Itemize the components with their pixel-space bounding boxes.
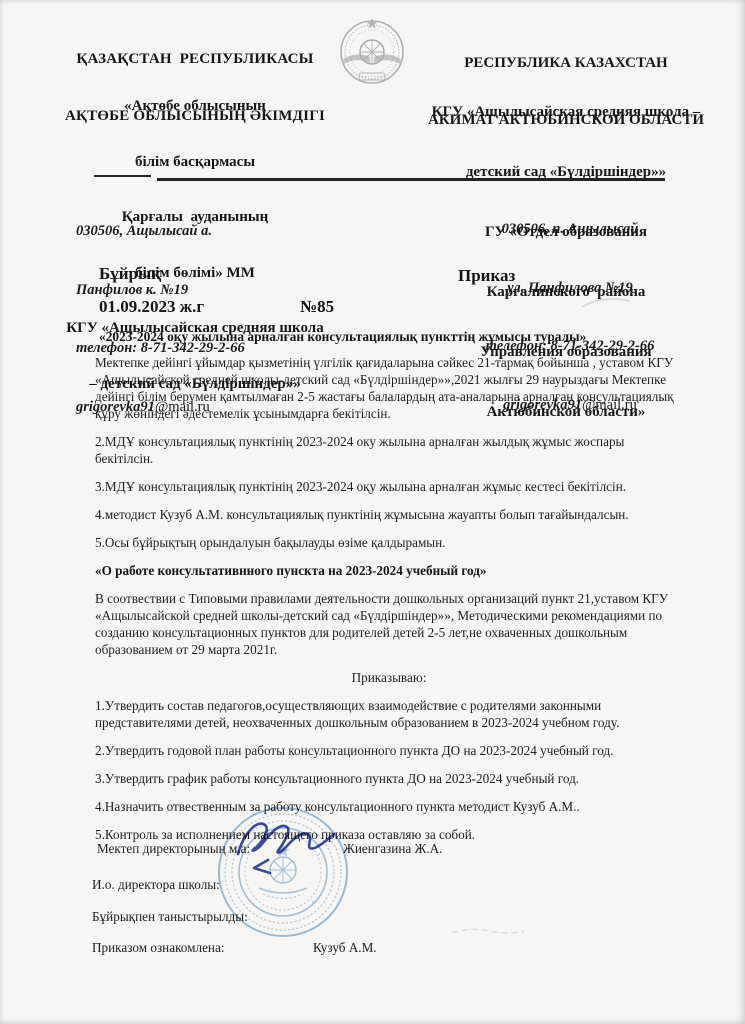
order-subject-kk: «2023-2024 оқу жылына арналған консульта… bbox=[99, 329, 586, 345]
order-item-kk: 4.методист Кузуб А.М. консультациялық пу… bbox=[95, 506, 683, 523]
address-line: 030506, Ащылысай а. bbox=[76, 222, 326, 242]
order-body: Мектепке дейінгі ұйымдар қызметінің үлгі… bbox=[95, 354, 683, 854]
kazakhstan-coat-of-arms-icon bbox=[334, 12, 410, 88]
order-title-ru: Приказ bbox=[458, 266, 515, 286]
acquainted-label-ru: Приказом ознакомлена: bbox=[92, 940, 225, 956]
order-item-kk: 3.МДҰ консультациялық пунктінің 2023-202… bbox=[95, 478, 683, 495]
command-word: Приказываю: bbox=[95, 669, 683, 686]
address-line: 030506, п. Ащылысай bbox=[430, 220, 710, 240]
acting-director-name: Жиенгазина Ж.А. bbox=[343, 841, 442, 857]
handwritten-signature-icon bbox=[232, 812, 344, 878]
org-line: КГУ «Ащылысайская средняя школа – bbox=[418, 102, 714, 122]
order-number: №85 bbox=[300, 297, 334, 317]
acquainted-name: Кузуб А.М. bbox=[313, 940, 377, 956]
org-line: білім басқармасы bbox=[54, 153, 336, 172]
divider-line-short bbox=[94, 175, 151, 177]
order-item-ru: 2.Утвердить годовой план работы консульт… bbox=[95, 742, 683, 759]
order-item-kk: 5.Осы бұйрықтың орындалуын бақылауды өзі… bbox=[95, 534, 683, 551]
order-item-ru: 4.Назначить отвественным за работу консу… bbox=[95, 798, 683, 815]
paragraph-kk: Мектепке дейінгі ұйымдар қызметінің үлгі… bbox=[95, 354, 683, 422]
order-item-ru: 1.Утвердить состав педагогов,осуществляю… bbox=[95, 697, 683, 731]
order-date: 01.09.2023 ж.г bbox=[99, 297, 204, 317]
order-item-kk: 2.МДҰ консультациялық пунктінің 2023-202… bbox=[95, 433, 683, 467]
org-line: «Ақтөбе облысының bbox=[54, 97, 336, 116]
order-item-ru: 3.Утвердить график работы консультационн… bbox=[95, 770, 683, 787]
order-subject-ru: «О работе консультативнного пунскта на 2… bbox=[95, 562, 683, 579]
order-title-kk: Бұйрық bbox=[99, 264, 161, 284]
pencil-mark bbox=[450, 924, 526, 940]
scanned-order-document: ҚАЗАҚСТАН РЕСПУБЛИКАСЫ АҚТӨБЕ ОБЛЫСЫНЫҢ … bbox=[0, 0, 745, 1024]
paragraph-ru: В соотвествии с Типовыми правилами деяте… bbox=[95, 590, 683, 658]
acting-director-label-ru: И.о. директора школы: bbox=[92, 877, 220, 893]
pencil-mark bbox=[580, 292, 632, 312]
